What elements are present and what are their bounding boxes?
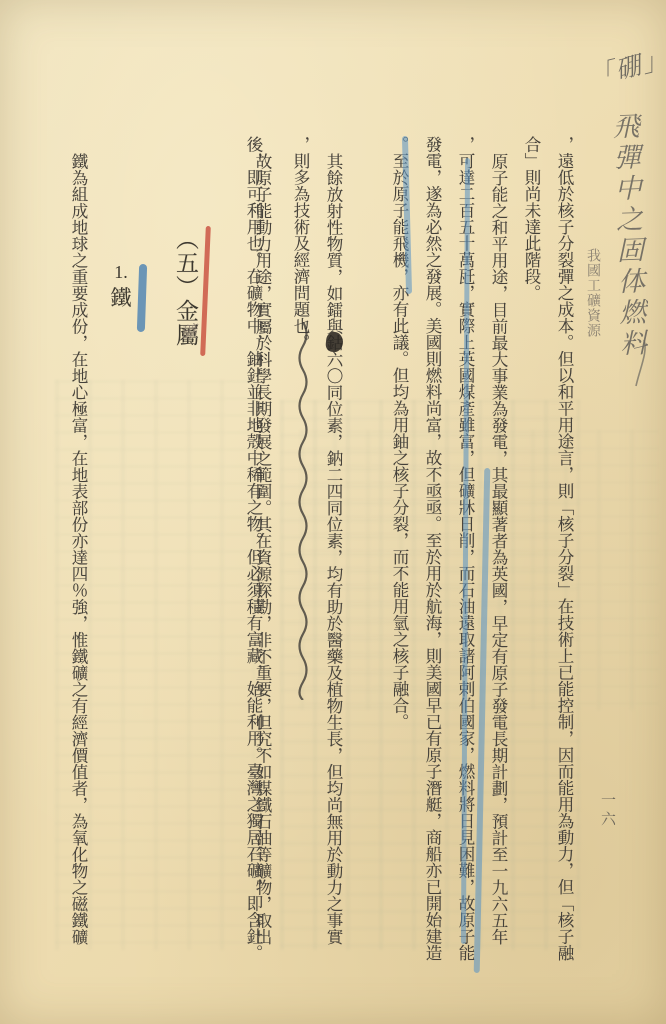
blue-crayon-line — [474, 468, 491, 973]
subsection-number: 1. — [106, 262, 136, 282]
text-column: 原子能之和平用途，目前最大事業為發電，其最顯著者為英國，早定有原子發電長期計劃，… — [489, 136, 507, 971]
text-column: ，則多為技術及經濟問題也。 — [291, 136, 309, 954]
subsection-title: 鐵 — [106, 286, 136, 310]
page-number: 一六 — [598, 792, 615, 830]
margin-running-title: 我國工礦資源 — [584, 248, 600, 338]
bleedthrough-texture — [300, 430, 660, 710]
red-crayon-line — [200, 226, 211, 356]
text-column: 後，即可利用也。在礦物中，鈾釷並非地殼中稀有之物。但必須積有富藏，始能利用。臺灣… — [244, 136, 262, 954]
blue-crayon-mark — [137, 264, 147, 332]
handwritten-boron-note: 「硼」 — [585, 39, 666, 94]
text-column: 。至於原子能飛機，亦有此議。但均為用鈾之核子分裂，而不能用氫之核子融合。 — [390, 136, 408, 954]
handwritten-heading-note: 礦 — [178, 317, 198, 344]
text-column: 合」則尚未達此階段。 — [522, 136, 540, 954]
text-column: 鐵為組成地球之重要成份，在地心極富，在地表部份亦達四％強，惟鐵礦之有經濟價值者，… — [69, 136, 87, 971]
text-column: 發電，遂為必然之發展。美國則燃料尚富，故不亟亟。至於用於航海，則美國早已有原子潛… — [423, 136, 441, 954]
text-column: ，可達二百五十萬瓩，實際上英國煤產雖富，但礦牀日削，而石油遠取諸阿剌伯國家，燃料… — [456, 136, 474, 954]
text-column: ，遠低於核子分裂彈之成本。但以和平用途言，則「核子分裂」在技術上已能控制，因而能… — [555, 136, 573, 954]
handwritten-missile-fuel-note: 飛彈中之固体燃料 — [608, 112, 648, 393]
text-column: 其餘放射性物質，如鐳與鈷六〇同位素，鈉二四同位素，均有助於醫藥及植物生長，但均尚… — [324, 136, 342, 971]
subsection-heading: 1. 鐵 — [106, 262, 136, 310]
scanned-document-page: ，遠低於核子分裂彈之成本。但以和平用途言，則「核子分裂」在技術上已能控制，因而能… — [0, 0, 666, 1024]
